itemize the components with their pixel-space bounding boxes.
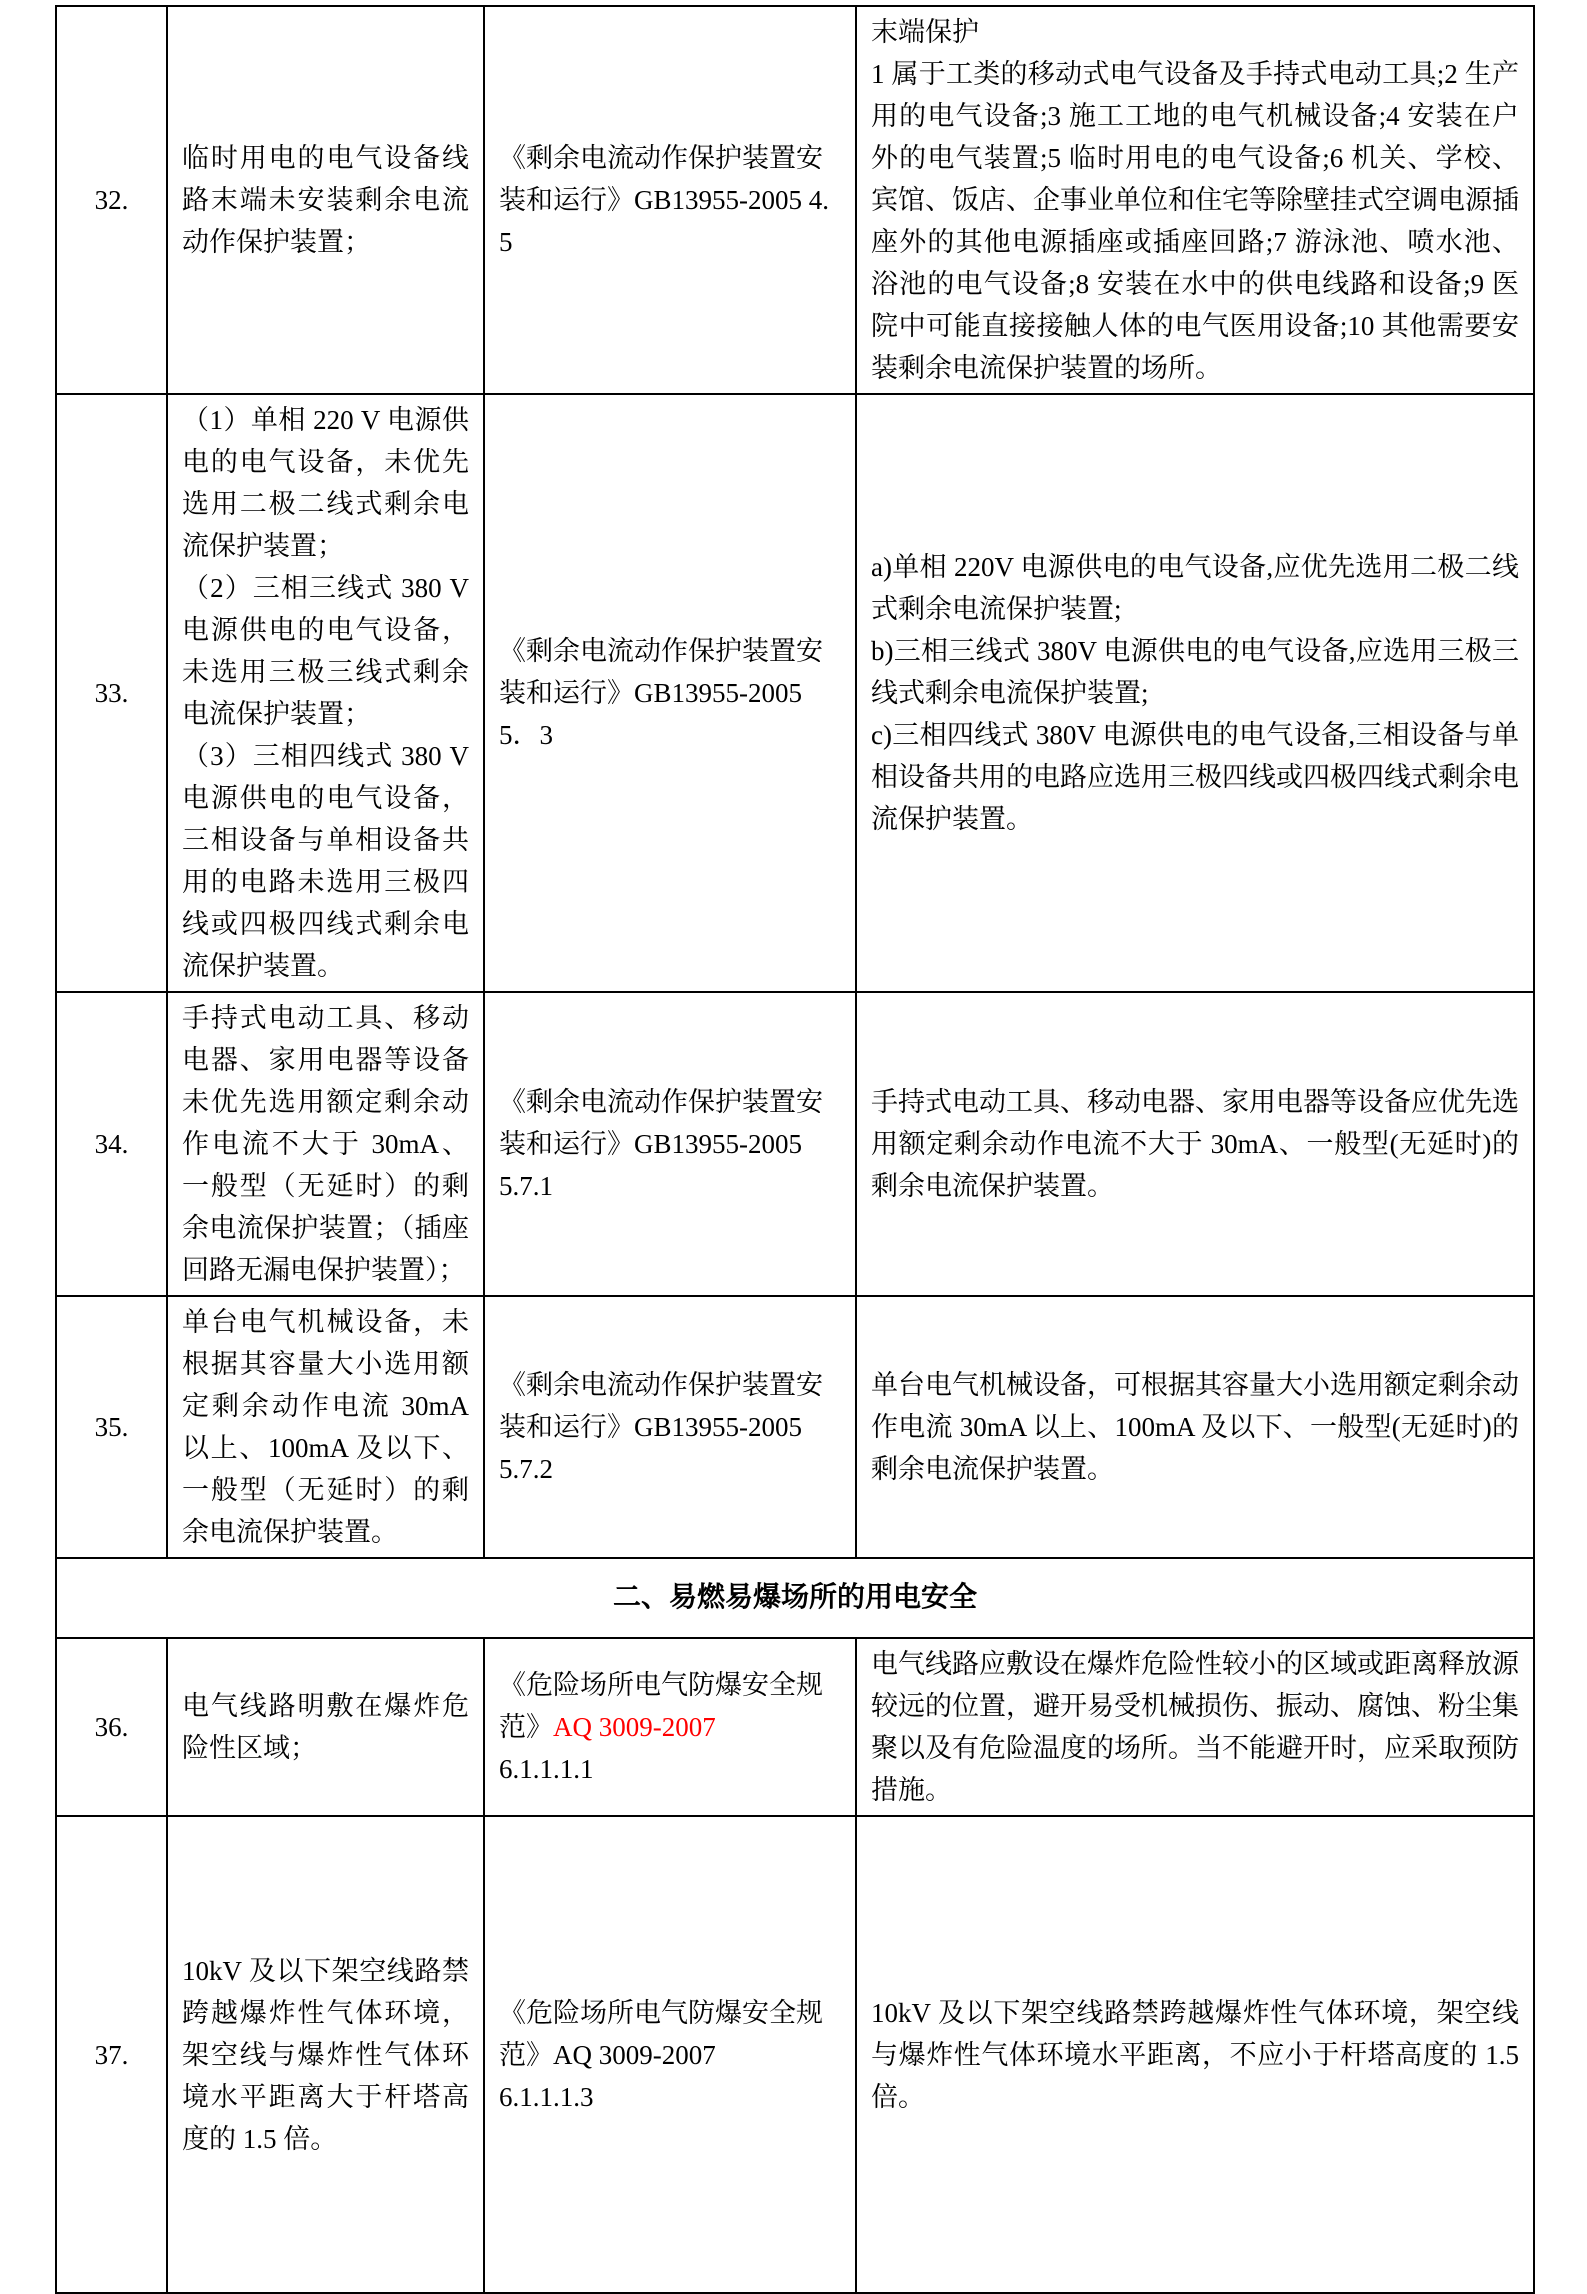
issue-cell: （1）单相 220 V 电源供电的电气设备，未优先选用二极二线式剩余电流保护装置… (167, 394, 484, 992)
row-number: 35. (56, 1296, 167, 1558)
requirement-cell: 单台电气机械设备，可根据其容量大小选用额定剩余动作电流 30mA 以上、100m… (856, 1296, 1534, 1558)
table-row-36: 36. 电气线路明敷在爆炸危险性区域； 《危险场所电气防爆安全规范》AQ 300… (56, 1638, 1534, 1816)
basis-cell: 《剩余电流动作保护装置安装和运行》GB13955-2005 5．3 (484, 394, 856, 992)
issue-cell: 临时用电的电气设备线路末端未安装剩余电流动作保护装置； (167, 6, 484, 394)
row-number: 34. (56, 992, 167, 1296)
table-row-34: 34. 手持式电动工具、移动电器、家用电器等设备未优先选用额定剩余动作电流不大于… (56, 992, 1534, 1296)
requirement-cell: 10kV 及以下架空线路禁跨越爆炸性气体环境，架空线与爆炸性气体环境水平距离，不… (856, 1816, 1534, 2293)
row-number: 33. (56, 394, 167, 992)
row-number: 37. (56, 1816, 167, 2293)
regulation-table: 32. 临时用电的电气设备线路末端未安装剩余电流动作保护装置； 《剩余电流动作保… (55, 5, 1535, 2294)
basis-code-red: AQ 3009-2007 (553, 1712, 716, 1742)
row-number: 36. (56, 1638, 167, 1816)
basis-cell: 《危险场所电气防爆安全规范》AQ 3009-20076.1.1.1.1 (484, 1638, 856, 1816)
section-header-row: 二、易燃易爆场所的用电安全 (56, 1558, 1534, 1638)
section-header: 二、易燃易爆场所的用电安全 (56, 1558, 1534, 1638)
table-row-32: 32. 临时用电的电气设备线路末端未安装剩余电流动作保护装置； 《剩余电流动作保… (56, 6, 1534, 394)
basis-cell: 《危险场所电气防爆安全规范》AQ 3009-2007 6.1.1.1.3 (484, 1816, 856, 2293)
basis-cell: 《剩余电流动作保护装置安装和运行》GB13955-2005 5.7.1 (484, 992, 856, 1296)
basis-cell: 《剩余电流动作保护装置安装和运行》GB13955-2005 4.5 (484, 6, 856, 394)
row-number: 32. (56, 6, 167, 394)
table-row-33: 33. （1）单相 220 V 电源供电的电气设备，未优先选用二极二线式剩余电流… (56, 394, 1534, 992)
issue-cell: 单台电气机械设备，未根据其容量大小选用额定剩余动作电流 30mA 以上、100m… (167, 1296, 484, 1558)
requirement-cell: 电气线路应敷设在爆炸危险性较小的区域或距离释放源较远的位置，避开易受机械损伤、振… (856, 1638, 1534, 1816)
basis-cell: 《剩余电流动作保护装置安装和运行》GB13955-2005 5.7.2 (484, 1296, 856, 1558)
issue-cell: 电气线路明敷在爆炸危险性区域； (167, 1638, 484, 1816)
requirement-cell: 手持式电动工具、移动电器、家用电器等设备应优先选用额定剩余动作电流不大于 30m… (856, 992, 1534, 1296)
requirement-cell: 末端保护 1 属于工类的移动式电气设备及手持式电动工具;2 生产用的电气设备;3… (856, 6, 1534, 394)
issue-cell: 手持式电动工具、移动电器、家用电器等设备未优先选用额定剩余动作电流不大于 30m… (167, 992, 484, 1296)
issue-cell: 10kV 及以下架空线路禁跨越爆炸性气体环境，架空线与爆炸性气体环境水平距离大于… (167, 1816, 484, 2293)
basis-clause: 6.1.1.1.1 (499, 1748, 841, 1790)
requirement-cell: a)单相 220V 电源供电的电气设备,应优先选用二极二线式剩余电流保护装置; … (856, 394, 1534, 992)
table-row-35: 35. 单台电气机械设备，未根据其容量大小选用额定剩余动作电流 30mA 以上、… (56, 1296, 1534, 1558)
table-row-37: 37. 10kV 及以下架空线路禁跨越爆炸性气体环境，架空线与爆炸性气体环境水平… (56, 1816, 1534, 2293)
